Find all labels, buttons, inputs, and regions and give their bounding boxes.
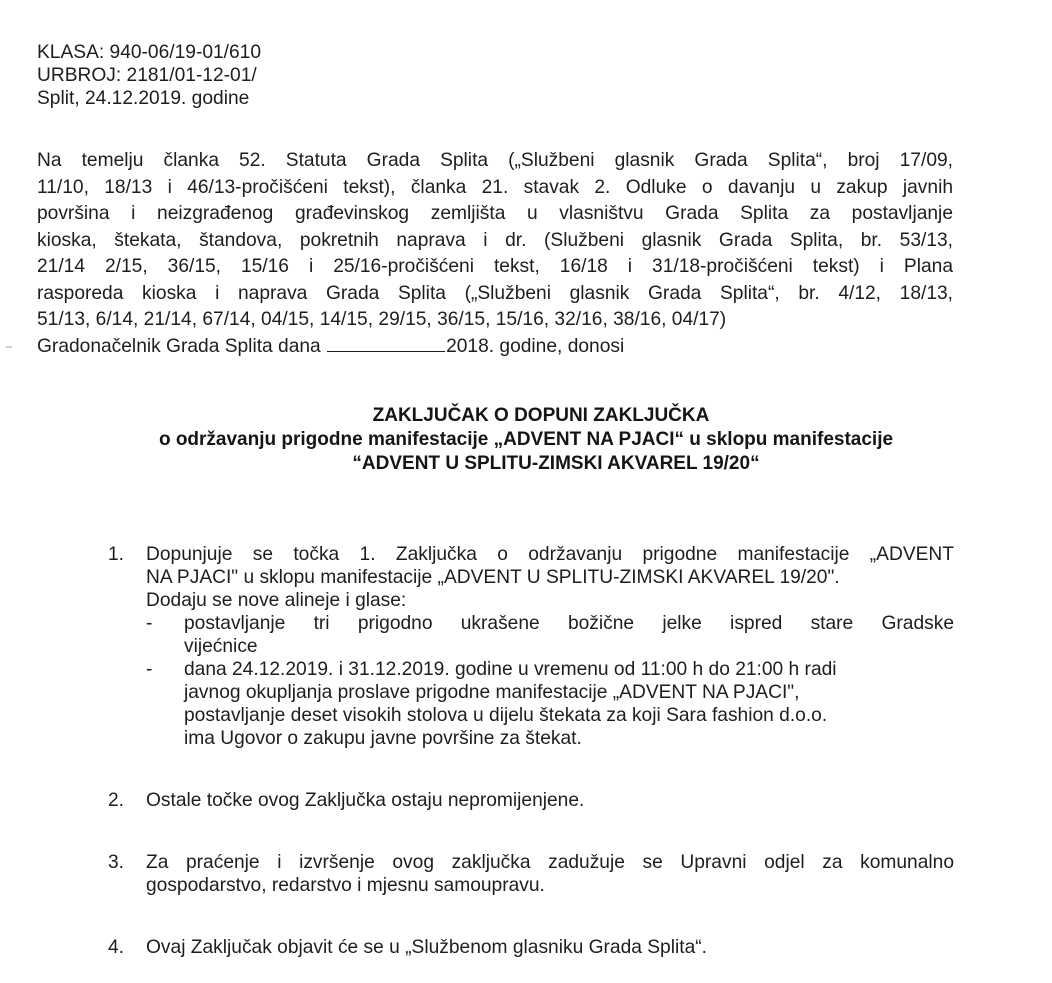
date-blank-field bbox=[327, 334, 445, 352]
preamble-line: 51/13, 6/14, 21/14, 67/14, 04/15, 14/15,… bbox=[37, 307, 953, 334]
bullet-text-line: dana 24.12.2019. i 31.12.2019. godine u … bbox=[184, 658, 954, 681]
bullet-text-line: javnog okupljanja proslave prigodne mani… bbox=[184, 681, 954, 704]
item-number: 1. bbox=[108, 543, 124, 566]
preamble-line: Na temelju članka 52. Statuta Grada Spli… bbox=[37, 148, 953, 175]
urbroj-reference: URBROJ: 2181/01-12-01/ bbox=[37, 64, 261, 87]
closing-text-before: Gradonačelnik Grada Splita dana bbox=[37, 336, 326, 357]
bullet-text-line: postavljanje deset visokih stolova u dij… bbox=[184, 704, 954, 727]
preamble-line: kioska, štekata, štandova, pokretnih nap… bbox=[37, 228, 953, 255]
preamble-line: 21/14 2/15, 36/15, 15/16 i 25/16-pročišć… bbox=[37, 254, 953, 281]
item-text-line: Za praćenje i izvršenje ovog zaključka z… bbox=[146, 851, 954, 874]
scan-artifact bbox=[6, 346, 12, 348]
closing-text-after: 2018. godine, donosi bbox=[446, 336, 624, 357]
item-number: 3. bbox=[108, 851, 124, 874]
preamble-paragraph: Na temelju članka 52. Statuta Grada Spli… bbox=[37, 148, 953, 360]
title-line-1: ZAKLJUČAK O DOPUNI ZAKLJUČKA bbox=[0, 404, 1052, 428]
bullet-text-line: vijećnice bbox=[184, 635, 954, 658]
preamble-line: 11/10, 18/13 i 46/13-pročišćeni tekst), … bbox=[37, 175, 953, 202]
item-text-line: Ostale točke ovog Zaključka ostaju nepro… bbox=[146, 789, 954, 812]
preamble-closing-line: Gradonačelnik Grada Splita dana 2018. go… bbox=[37, 334, 953, 361]
bullet-item: - postavljanje tri prigodno ukrašene bož… bbox=[146, 612, 954, 658]
bullet-text-line: postavljanje tri prigodno ukrašene božič… bbox=[184, 612, 954, 635]
bullet-text-line: ima Ugovor o zakupu javne površine za št… bbox=[184, 727, 954, 750]
preamble-line: rasporeda kioska i naprava Grada Splita … bbox=[37, 281, 953, 308]
document-title: ZAKLJUČAK O DOPUNI ZAKLJUČKA o održavanj… bbox=[0, 404, 1052, 476]
document-page: KLASA: 940-06/19-01/610 URBROJ: 2181/01-… bbox=[0, 0, 1052, 983]
item-number: 4. bbox=[108, 936, 124, 959]
numbered-items: 1. Dopunjuje se točka 1. Zaključka o odr… bbox=[108, 543, 954, 959]
list-item: 1. Dopunjuje se točka 1. Zaključka o odr… bbox=[108, 543, 954, 750]
dash-bullet-icon: - bbox=[146, 612, 152, 635]
item-text-line: Dodaju se nove alineje i glase: bbox=[146, 589, 954, 612]
preamble-line: površina i neizgrađenog građevinskog zem… bbox=[37, 201, 953, 228]
list-item: 4. Ovaj Zaključak objavit će se u „Služb… bbox=[108, 936, 954, 959]
klasa-reference: KLASA: 940-06/19-01/610 bbox=[37, 41, 261, 64]
document-header: KLASA: 940-06/19-01/610 URBROJ: 2181/01-… bbox=[37, 41, 261, 110]
place-date: Split, 24.12.2019. godine bbox=[37, 87, 261, 110]
item-text-line: Ovaj Zaključak objavit će se u „Službeno… bbox=[146, 936, 954, 959]
list-item: 3. Za praćenje i izvršenje ovog zaključk… bbox=[108, 851, 954, 897]
bullet-item: - dana 24.12.2019. i 31.12.2019. godine … bbox=[146, 658, 954, 750]
title-line-2: o održavanju prigodne manifestacije „ADV… bbox=[0, 428, 1052, 452]
list-item: 2. Ostale točke ovog Zaključka ostaju ne… bbox=[108, 789, 954, 812]
item-text-line: NA PJACI" u sklopu manifestacije „ADVENT… bbox=[146, 566, 954, 589]
item-text-line: Dopunjuje se točka 1. Zaključka o održav… bbox=[146, 543, 954, 566]
item-text-line: gospodarstvo, redarstvo i mjesnu samoupr… bbox=[146, 874, 954, 897]
dash-bullet-icon: - bbox=[146, 658, 152, 681]
item-number: 2. bbox=[108, 789, 124, 812]
title-line-3: “ADVENT U SPLITU-ZIMSKI AKVAREL 19/20“ bbox=[0, 452, 1052, 476]
